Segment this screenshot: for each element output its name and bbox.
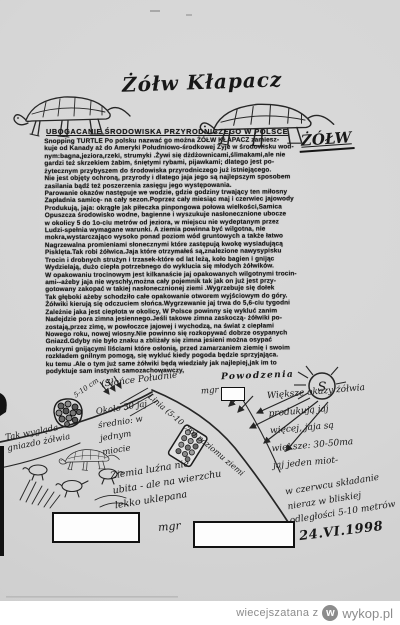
mgr-label-big: mgr <box>157 519 181 534</box>
wykop-logo-icon: w <box>322 605 338 621</box>
scan-speck <box>186 14 192 16</box>
watermark-site: wykop.pl <box>342 606 393 621</box>
scan-smudge-line <box>6 596 178 598</box>
scan-speck <box>150 10 160 12</box>
watermark-author: wiecejszatana z <box>236 607 318 619</box>
typed-body-text: Snopping TURTLE Po polsku nazwać go możn… <box>44 136 364 376</box>
scan-edge-blob <box>0 393 7 416</box>
document-heading: UBOGACANIE ŚRODOWISKA PRZYRODNICZEGO W P… <box>46 127 288 136</box>
eggs-count-note: Około 30 jaj średnio: w jednym miocie <box>95 398 154 459</box>
watermark-bar: wiecejszatana z w wykop.pl <box>0 601 400 625</box>
scanned-document-page: S <box>0 0 400 625</box>
scan-edge-artifact <box>0 446 4 556</box>
mgr-label-small: mgr <box>201 385 219 396</box>
redaction-box-small <box>221 387 245 401</box>
redaction-box-left <box>52 512 140 543</box>
egg-size-note: Większe okazy żółwia produkują jaj więce… <box>266 380 372 476</box>
photocopy-scan: S <box>0 0 400 601</box>
redaction-box-right <box>193 521 295 548</box>
